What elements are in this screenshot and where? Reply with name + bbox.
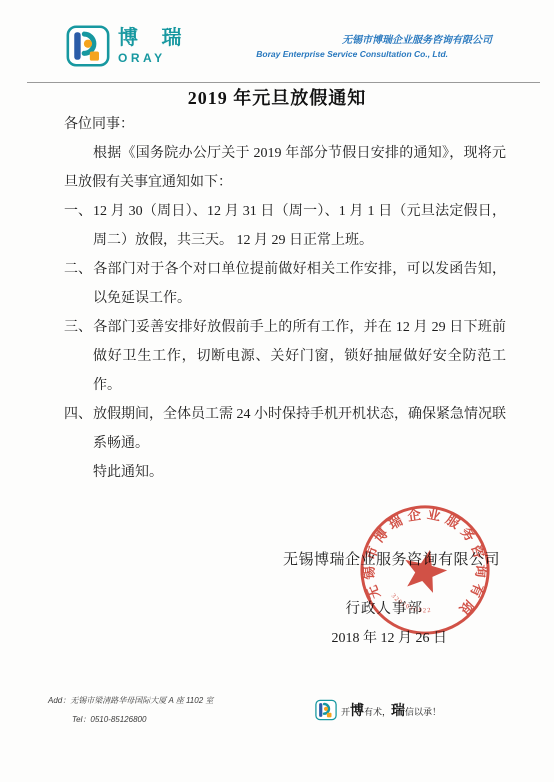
footer-brand: 开博有术，瑞信以承！ <box>315 699 441 721</box>
boray-logo-icon <box>66 24 110 68</box>
notice-document: 博 瑞 ORAY 无锡市博瑞企业服务咨询有限公司 Boray Enterpris… <box>0 0 554 782</box>
slogan-part-rui: 瑞 <box>391 700 405 720</box>
item-number: 一、 <box>64 197 93 226</box>
notice-item-2: 二、各部门对于各个对口单位提前做好相关工作安排，可以发函告知，以免延误工作。 <box>64 255 506 313</box>
company-name-en: Boray Enterprise Service Consultation Co… <box>256 49 448 59</box>
footer-address: Add：无锡市梁清路华母国际大厦 A 座 1102 室 <box>48 695 213 706</box>
intro-paragraph: 根据《国务院办公厅关于 2019 年部分节假日安排的通知》，现将元旦放假有关事宜… <box>64 139 506 197</box>
slogan-part: 有术， <box>364 705 391 718</box>
item-number: 四、 <box>64 400 93 429</box>
company-name-cn: 无锡市博瑞企业服务咨询有限公司 <box>342 31 492 46</box>
footer-logo-icon <box>315 699 337 721</box>
signature-date: 2018 年 12 月 26 日 <box>332 627 448 647</box>
item-number: 三、 <box>64 313 93 342</box>
signature-department: 行政人事部 <box>346 597 424 618</box>
slogan-part: 信以承！ <box>405 705 441 718</box>
item-text: 各部门妥善安排好放假前手上的所有工作，并在 12 月 29 日下班前做好卫生工作… <box>93 320 506 393</box>
notice-body: 各位同事： 根据《国务院办公厅关于 2019 年部分节假日安排的通知》，现将元旦… <box>64 110 506 487</box>
footer-tel: Tel：0510-85126800 <box>72 714 146 725</box>
slogan-part: 开 <box>341 705 350 718</box>
notice-title: 2019 年元旦放假通知 <box>0 84 554 110</box>
brand-block: 博 瑞 ORAY <box>66 24 191 68</box>
logo-wordmark-cn: 博 瑞 <box>118 28 191 48</box>
item-number: 二、 <box>64 255 93 284</box>
signature-company: 无锡博瑞企业服务咨询有限公司 <box>283 548 500 569</box>
header-divider <box>27 82 540 83</box>
item-text: 各部门对于各个对口单位提前做好相关工作安排，可以发函告知，以免延误工作。 <box>93 262 506 306</box>
notice-item-3: 三、各部门妥善安排好放假前手上的所有工作，并在 12 月 29 日下班前做好卫生… <box>64 313 506 400</box>
item-text: 12 月 30（周日）、12 月 31 日（周一）、1 月 1 日（元旦法定假日… <box>93 204 506 248</box>
closing-line: 特此通知。 <box>64 458 506 487</box>
item-text: 放假期间，全体员工需 24 小时保持手机开机状态，确保紧急情况联系畅通。 <box>93 407 506 451</box>
logo-wordmark-en: ORAY <box>118 52 191 64</box>
footer-slogan: 开博有术，瑞信以承！ <box>341 700 441 720</box>
slogan-part-bo: 博 <box>350 700 364 720</box>
salutation: 各位同事： <box>64 110 506 139</box>
notice-item-4: 四、放假期间，全体员工需 24 小时保持手机开机状态，确保紧急情况联系畅通。 <box>64 400 506 458</box>
notice-item-1: 一、12 月 30（周日）、12 月 31 日（周一）、1 月 1 日（元旦法定… <box>64 197 506 255</box>
